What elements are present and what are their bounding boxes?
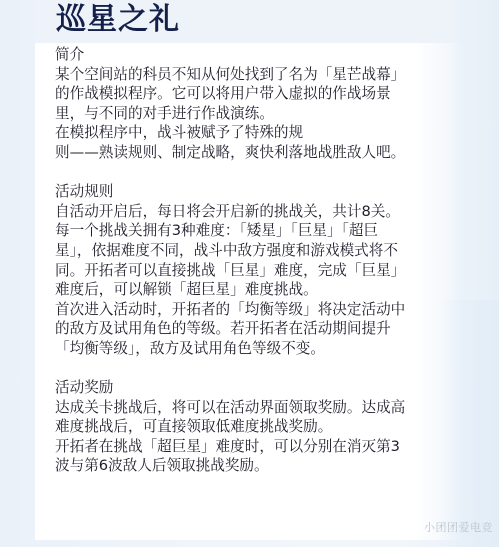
intro-paragraph-2: 在模拟程序中，战斗被赋予了特殊的规 则——熟读规则、制定战略，爽快利落地战胜敌人… (55, 123, 455, 162)
rules-paragraph-2: 首次进入活动时，开拓者的「均衡等级」将决定活动中 的敌方及试用角色的等级。若开拓… (55, 300, 455, 359)
section-heading-rules: 活动规则 (55, 182, 455, 202)
rewards-paragraph-2: 开拓者在挑战「超巨星」难度时，可以分别在消灭第3 波与第6波敌人后领取挑战奖励。 (55, 437, 455, 476)
section-heading-rewards: 活动奖励 (55, 378, 455, 398)
watermark-text: 小团团爱电竞 (424, 519, 493, 535)
intro-paragraph-1: 某个空间站的科员不知从何处找到了名为「星芒战幕」 的作战模拟程序。它可以将用户带… (55, 65, 455, 124)
section-rewards: 活动奖励 达成关卡挑战后，将可以在活动界面领取奖励。达成高 难度挑战后，可直接领… (55, 378, 455, 476)
content-body: 简介 某个空间站的科员不知从何处找到了名为「星芒战幕」 的作战模拟程序。它可以将… (55, 45, 455, 476)
section-spacer (55, 163, 455, 183)
section-heading-intro: 简介 (55, 45, 455, 65)
section-intro: 简介 某个空间站的科员不知从何处找到了名为「星芒战幕」 的作战模拟程序。它可以将… (55, 45, 455, 163)
section-spacer (55, 359, 455, 379)
section-rules: 活动规则 自活动开启后，每日将会开启新的挑战关，共计8关。 每一个挑战关拥有3种… (55, 182, 455, 358)
rewards-paragraph-1: 达成关卡挑战后，将可以在活动界面领取奖励。达成高 难度挑战后，可直接领取低难度挑… (55, 398, 455, 437)
page-title: 巡星之礼 (56, 2, 180, 38)
rules-paragraph-1: 自活动开启后，每日将会开启新的挑战关，共计8关。 每一个挑战关拥有3种难度：「矮… (55, 202, 455, 300)
